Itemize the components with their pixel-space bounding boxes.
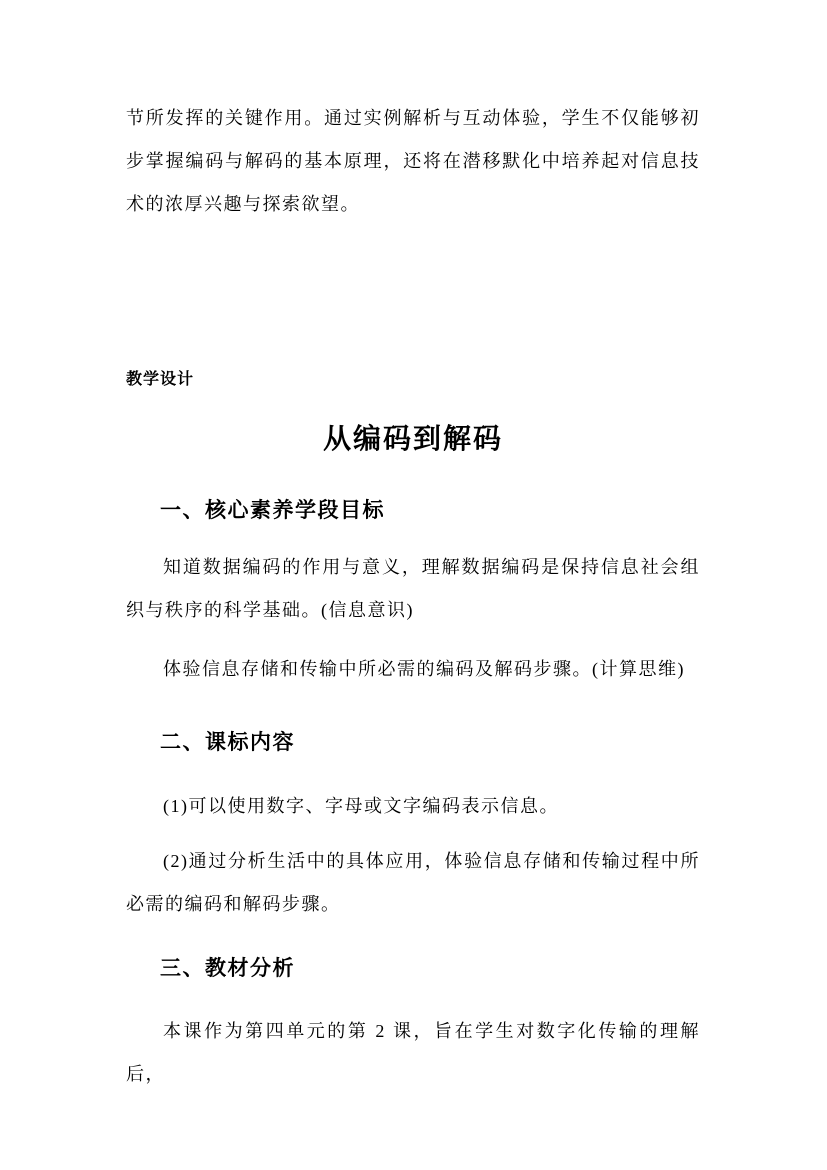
section-2-heading: 二、课标内容	[126, 729, 700, 756]
section-3-heading: 三、教材分析	[126, 955, 700, 982]
section-1-heading: 一、核心素养学段目标	[126, 497, 700, 524]
document-title: 从编码到解码	[126, 423, 700, 457]
section-2-paragraph-1: (1)可以使用数字、字母或文字编码表示信息。	[126, 785, 700, 828]
section-3-paragraph-1: 本课作为第四单元的第 2 课，旨在学生对数字化传输的理解后，	[126, 1010, 700, 1096]
doc-type-label: 教学设计	[126, 370, 700, 390]
section-1-paragraph-1: 知道数据编码的作用与意义，理解数据编码是保持信息社会组织与秩序的科学基础。(信息…	[126, 546, 700, 632]
document-page: 节所发挥的关键作用。通过实例解析与互动体验，学生不仅能够初步掌握编码与解码的基本…	[0, 0, 827, 1170]
continuation-paragraph: 节所发挥的关键作用。通过实例解析与互动体验，学生不仅能够初步掌握编码与解码的基本…	[126, 97, 700, 226]
section-1-paragraph-2: 体验信息存储和传输中所必需的编码及解码步骤。(计算思维)	[126, 648, 700, 691]
section-2-paragraph-2: (2)通过分析生活中的具体应用，体验信息存储和传输过程中所必需的编码和解码步骤。	[126, 840, 700, 926]
